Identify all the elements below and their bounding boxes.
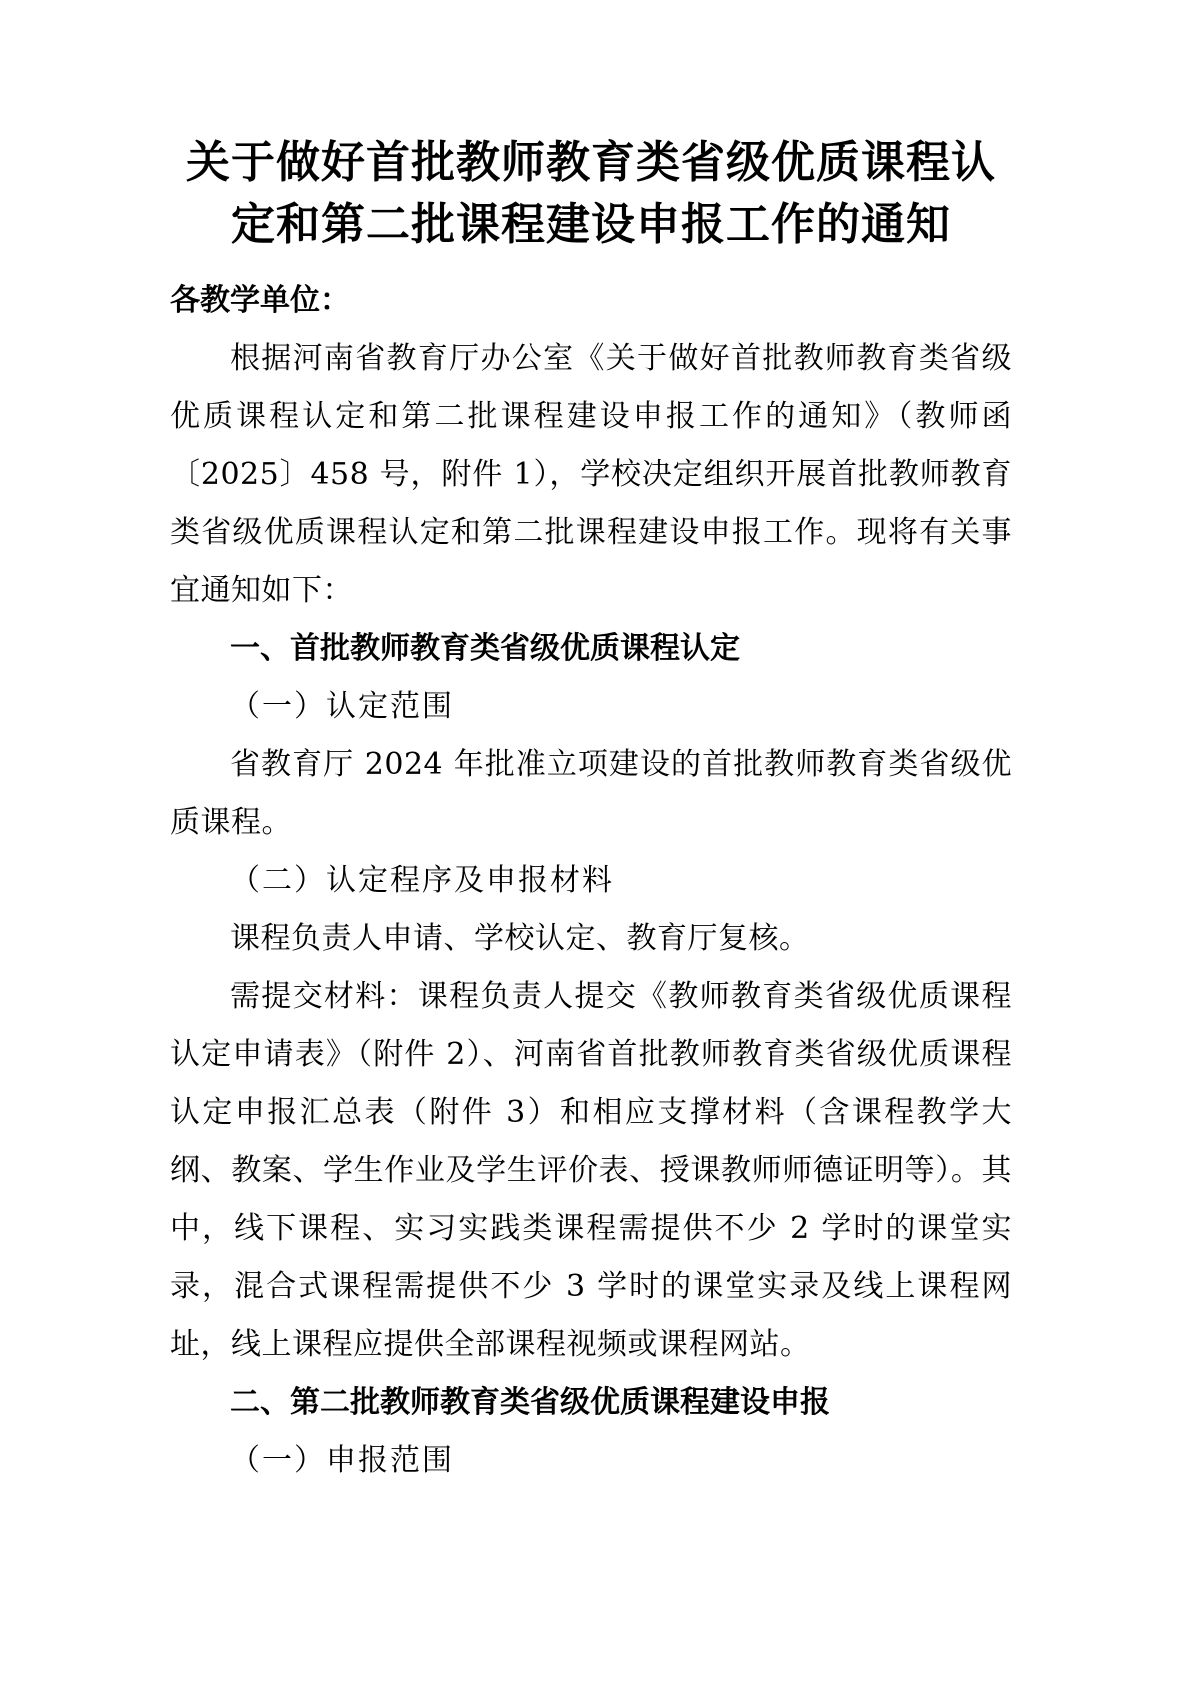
section-1-sub-1-body: 省教育厅 2024 年批准立项建设的首批教师教育类省级优质课程。	[170, 736, 1012, 852]
document-title-line-2: 定和第二批课程建设申报工作的通知	[231, 199, 951, 250]
document-content: 关于做好首批教师教育类省级优质课程认 定和第二批课程建设申报工作的通知 各教学单…	[170, 132, 1012, 1490]
document-title-line-1: 关于做好首批教师教育类省级优质课程认	[186, 137, 996, 188]
document-page: 关于做好首批教师教育类省级优质课程认 定和第二批课程建设申报工作的通知 各教学单…	[0, 0, 1191, 1684]
intro-paragraph: 根据河南省教育厅办公室《关于做好首批教师教育类省级优质课程认定和第二批课程建设申…	[170, 330, 1012, 620]
section-1-sub-2-heading: （二）认定程序及申报材料	[170, 852, 1012, 910]
section-2-heading: 二、第二批教师教育类省级优质课程建设申报	[170, 1374, 1012, 1432]
section-2-sub-1-heading: （一）申报范围	[170, 1432, 1012, 1490]
document-title: 关于做好首批教师教育类省级优质课程认 定和第二批课程建设申报工作的通知	[170, 132, 1012, 256]
section-1-sub-2-body-2: 需提交材料：课程负责人提交《教师教育类省级优质课程认定申请表》（附件 2）、河南…	[170, 968, 1012, 1374]
section-1-heading: 一、首批教师教育类省级优质课程认定	[170, 620, 1012, 678]
section-1-sub-1-heading: （一）认定范围	[170, 678, 1012, 736]
section-1-sub-2-body-1: 课程负责人申请、学校认定、教育厅复核。	[170, 910, 1012, 968]
salutation: 各教学单位：	[170, 272, 1012, 330]
